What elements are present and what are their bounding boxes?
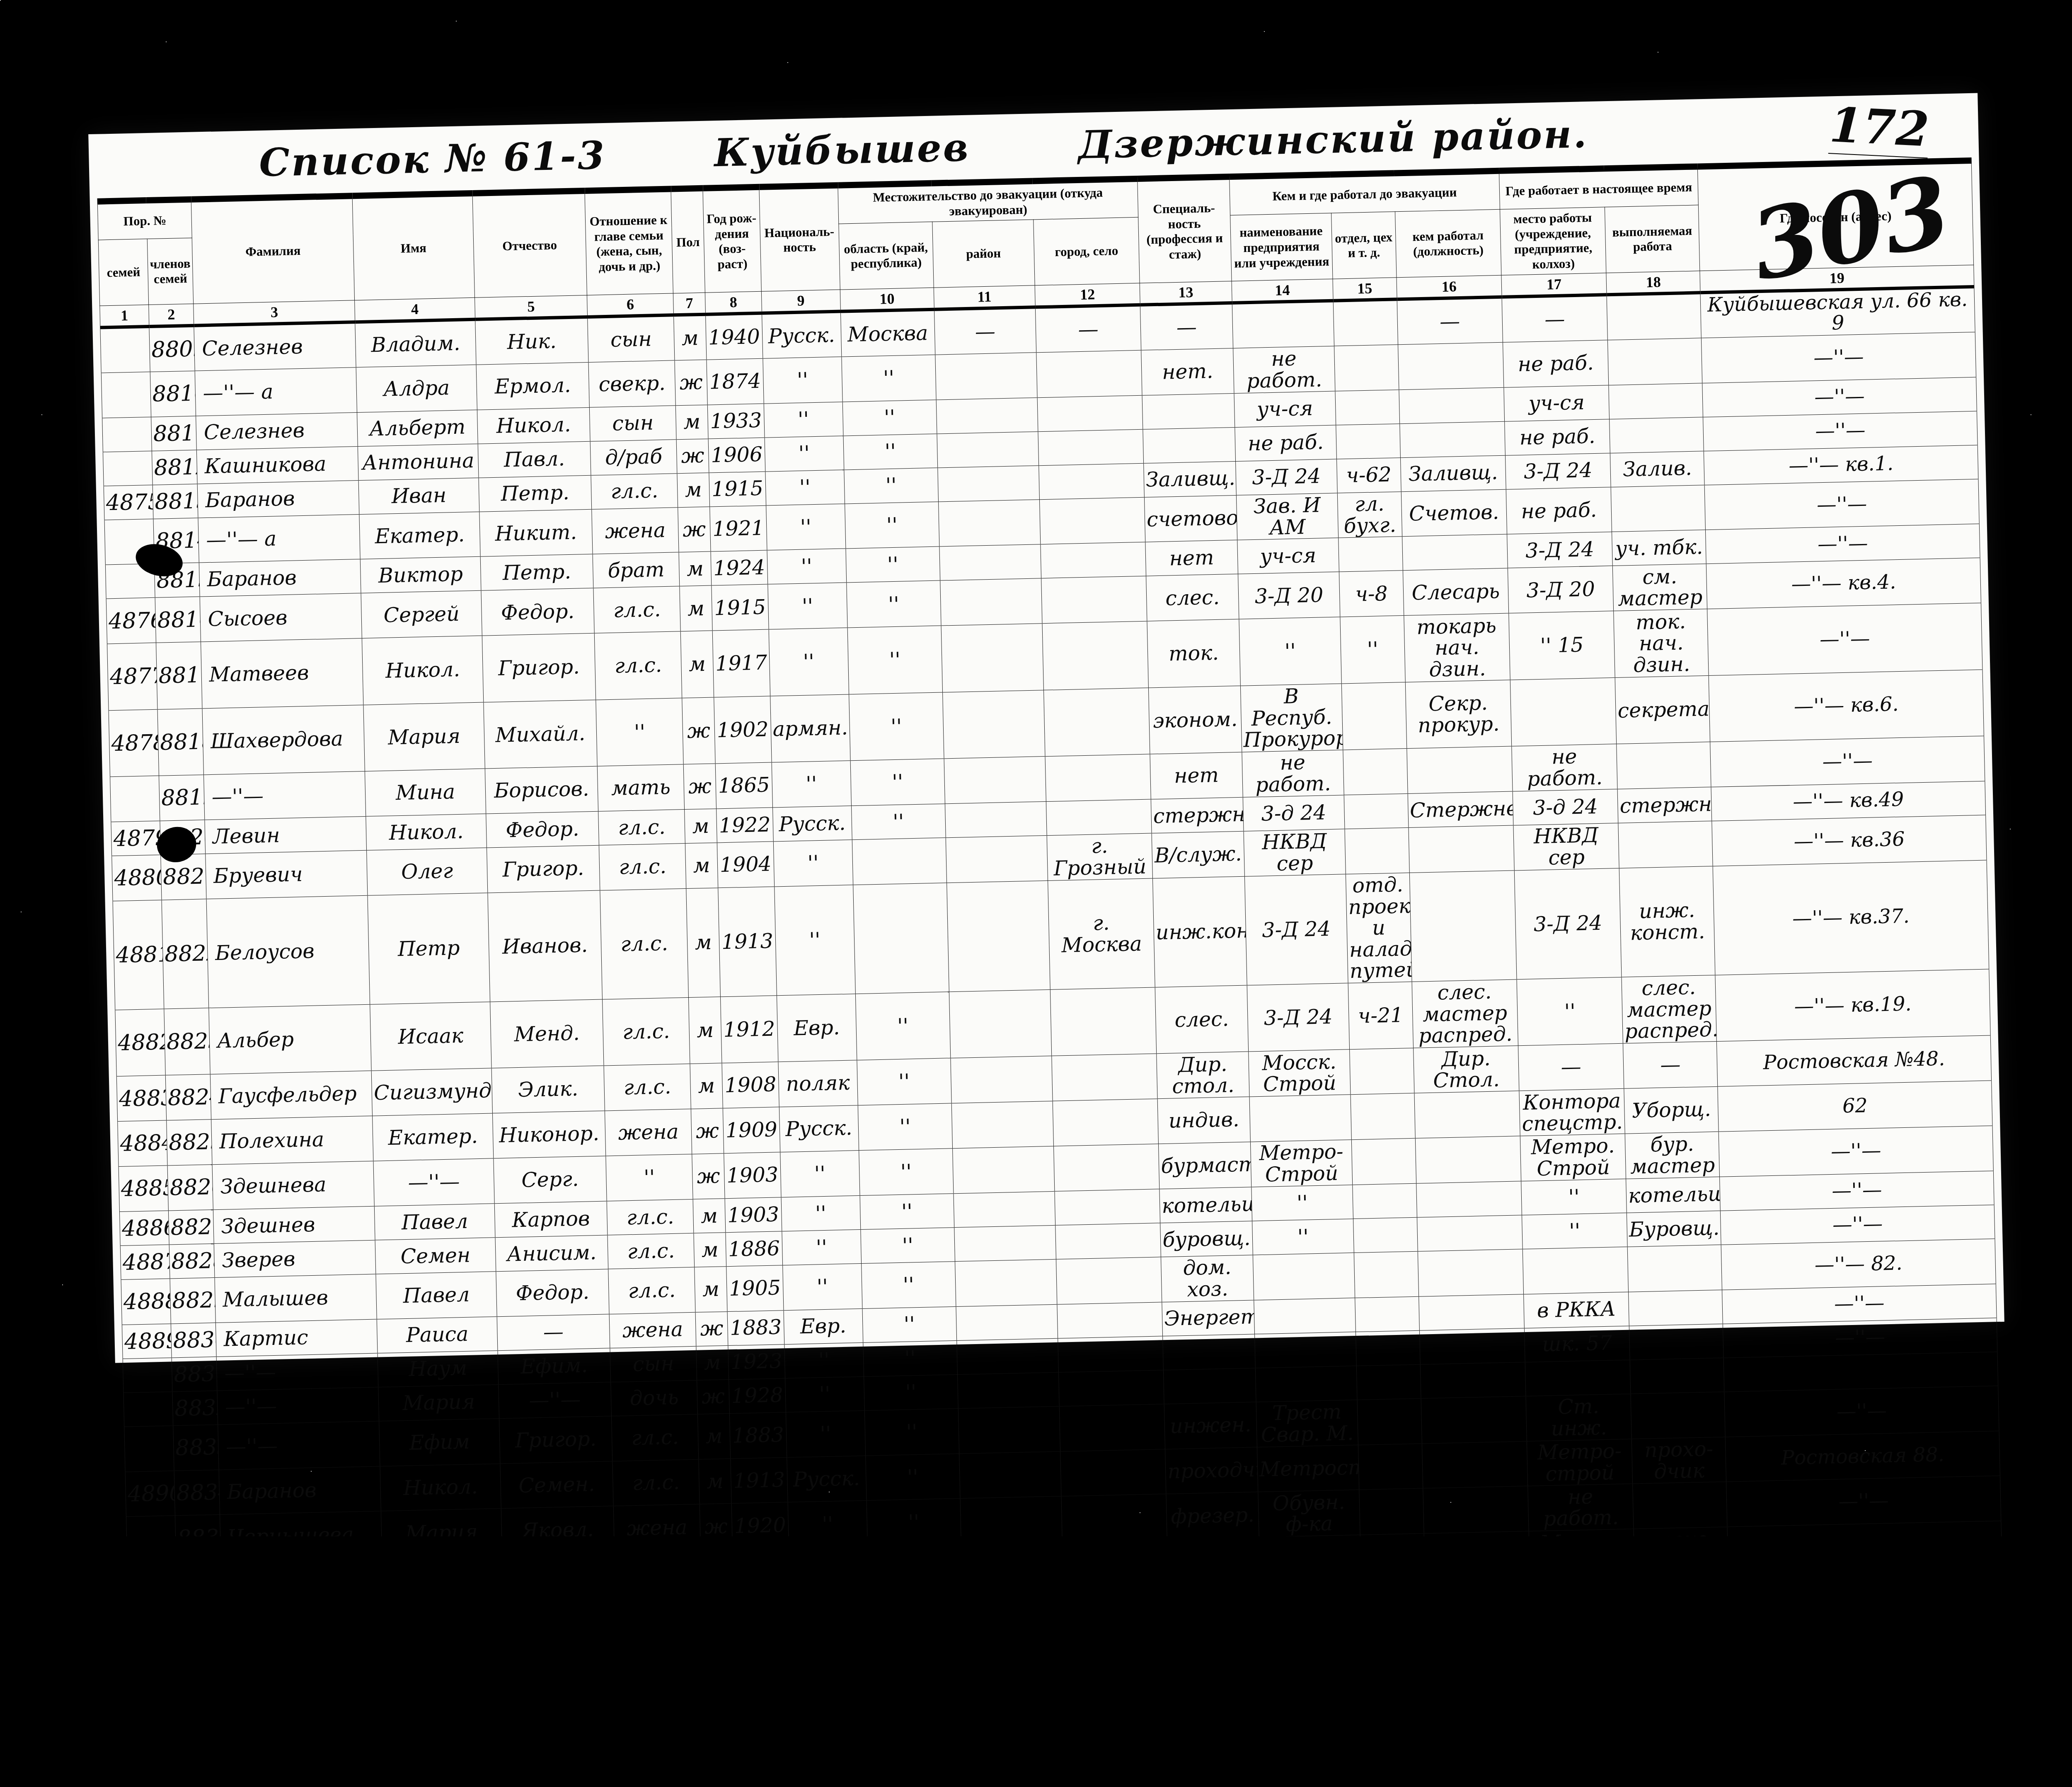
cell-org: уч-ся	[1237, 538, 1339, 574]
cell-org	[1232, 301, 1334, 348]
cell-surname: —''—	[204, 771, 366, 820]
cell-obl: Москва	[840, 310, 935, 357]
cell-patr: Менд.	[490, 999, 604, 1068]
cell-surname: —''—	[217, 1387, 379, 1424]
cell-f	[126, 1516, 176, 1536]
cell-rai	[954, 1191, 1055, 1227]
cell-surname: —''—	[218, 1421, 380, 1470]
cell-year: 1886	[726, 1231, 782, 1267]
header-birth-year: Год рож­дения (воз­раст)	[703, 187, 761, 293]
cell-nat: ''	[782, 1264, 862, 1311]
cell-org: 3-Д 20	[1238, 572, 1340, 619]
cell-m: 8813	[152, 484, 198, 519]
cell-m: 8830	[171, 1323, 216, 1358]
column-number: 14	[1232, 279, 1333, 303]
cell-rel: брат	[593, 553, 680, 589]
cell-patr: Ефим.	[498, 1348, 611, 1385]
cell-nat: ''	[788, 1501, 867, 1536]
cell-now_job: стержнев.	[1617, 787, 1712, 823]
cell-name: Никол.	[366, 814, 487, 850]
cell-f	[101, 372, 151, 418]
cell-name: Мария	[381, 1509, 502, 1536]
cell-dept	[1344, 794, 1409, 829]
cell-m: 8826	[167, 1165, 213, 1211]
cell-city	[1061, 1494, 1167, 1536]
cell-f	[100, 326, 150, 373]
cell-spec: индив.	[1157, 1097, 1250, 1144]
cell-now_job	[1629, 1324, 1723, 1360]
cell-f: 4885	[119, 1166, 168, 1211]
cell-now_org: не работ.	[1512, 744, 1618, 791]
cell-rai	[941, 624, 1044, 692]
cell-nat: Евр.	[777, 994, 857, 1062]
cell-year: 1915	[709, 472, 766, 507]
cell-m: 8811	[151, 416, 196, 451]
cell-year: 1913	[718, 887, 777, 997]
cell-nat: Русск.	[779, 1105, 859, 1152]
cell-name: Алдра	[356, 365, 477, 412]
cell-sex: ж	[697, 1380, 730, 1415]
cell-year: 1933	[707, 404, 764, 439]
column-number: 4	[355, 298, 475, 322]
cell-spec: счетовод	[1145, 495, 1237, 542]
cell-sex: м	[694, 1233, 726, 1267]
cell-name: Иван	[358, 478, 479, 514]
cell-m: 8829	[170, 1278, 216, 1324]
list-number: Список № 61-3	[259, 133, 606, 185]
cell-sex: ж	[700, 1504, 732, 1536]
cell-year: 1865	[715, 762, 772, 809]
cell-org: В Респуб. Прокурор	[1240, 684, 1343, 752]
cell-org: не раб.	[1235, 425, 1337, 461]
cell-name: Екатер.	[359, 512, 480, 559]
cell-dept	[1355, 1296, 1420, 1332]
cell-now_job: слес. мастер распред.	[1622, 975, 1717, 1044]
cell-org: НКВД сер	[1244, 829, 1346, 876]
cell-sex: м	[680, 631, 714, 698]
cell-patr: Федор.	[481, 588, 595, 636]
cell-nat: ''	[764, 402, 843, 438]
cell-rai	[939, 544, 1041, 580]
cell-nat: Русск.	[772, 806, 852, 842]
cell-name: Сигизмунд	[371, 1068, 492, 1116]
cell-city	[1058, 1370, 1164, 1407]
cell-name: Павел	[376, 1272, 497, 1319]
cell-nat: ''	[785, 1377, 864, 1412]
cell-spec	[1142, 393, 1234, 429]
cell-org: не работ.	[1242, 750, 1344, 797]
cell-spec: инжен.	[1164, 1402, 1257, 1449]
cell-addr: 62	[1718, 1081, 1992, 1132]
cell-f	[124, 1426, 174, 1472]
cell-obl: ''	[855, 992, 951, 1060]
cell-dept	[1350, 1048, 1414, 1095]
cell-spec: слес.	[1146, 574, 1239, 621]
cell-obl: ''	[849, 692, 944, 761]
cell-addr: —''—	[1704, 479, 1979, 530]
cell-nat: ''	[773, 840, 853, 887]
cell-sex: м	[690, 1063, 723, 1109]
cell-name: Ефим	[379, 1419, 500, 1466]
cell-now_org: —	[1518, 1044, 1624, 1091]
cell-addr: —''—	[1726, 1476, 2001, 1527]
cell-nat: Русск.	[762, 312, 841, 358]
cell-now_org: 3-Д 24	[1507, 532, 1613, 568]
cell-role: —	[1397, 297, 1503, 345]
cell-addr: Ростовская №48.	[1717, 1036, 1992, 1087]
cell-role	[1409, 871, 1517, 982]
cell-addr: —''— 82.	[1721, 1239, 1996, 1290]
cell-now_job: Залив.	[1610, 451, 1705, 487]
cell-year: 1904	[717, 842, 774, 888]
cell-m: 8819	[159, 775, 205, 821]
cell-nat: ''	[767, 583, 847, 630]
cell-year: 1924	[711, 551, 767, 586]
cell-addr: —''—	[1720, 1171, 1994, 1211]
scan-background: Список № 61-3 Куйбышев Дзержинский район…	[0, 0, 2072, 1536]
cell-city: —	[1035, 305, 1141, 353]
column-number: 13	[1140, 281, 1232, 305]
cell-patr: —''—	[498, 1382, 611, 1419]
cell-dept: ч-21	[1348, 982, 1413, 1050]
cell-f: 4884	[118, 1120, 167, 1166]
cell-f: 4887	[120, 1245, 169, 1280]
cell-org: 3-Д 24	[1244, 874, 1348, 985]
cell-nat: ''	[774, 885, 855, 996]
title-city: Куйбышев	[714, 125, 970, 175]
cell-rel: сын	[588, 315, 675, 363]
cell-patr: Петр.	[479, 475, 592, 512]
cell-role: Заливщ.	[1400, 455, 1506, 492]
cell-year: 1915	[712, 585, 769, 631]
cell-sex: ж	[676, 439, 709, 474]
cell-rel: гл.с.	[608, 1267, 695, 1314]
cell-obl: ''	[846, 547, 940, 583]
cell-surname: Зверев	[214, 1240, 376, 1277]
cell-year: 1883	[727, 1311, 784, 1346]
cell-spec: Заливщ.	[1144, 461, 1236, 497]
cell-rai	[952, 1146, 1055, 1194]
cell-surname: Малышев	[215, 1274, 377, 1323]
cell-rai	[935, 353, 1037, 400]
cell-city	[1053, 1099, 1159, 1146]
column-number: 7	[673, 293, 705, 315]
cell-role	[1418, 1294, 1524, 1331]
cell-patr: Федор.	[496, 1269, 609, 1317]
cell-rai	[958, 1406, 1060, 1453]
cell-org: ''	[1239, 617, 1342, 686]
cell-patr: Анисим.	[495, 1235, 608, 1272]
cell-org: уч-ся	[1234, 391, 1336, 427]
cell-rai	[957, 1372, 1059, 1408]
cell-patr: Никит.	[479, 509, 593, 557]
cell-name: Павел	[375, 1204, 495, 1240]
cell-m: 8835	[175, 1515, 221, 1536]
cell-city	[1046, 799, 1152, 836]
cell-sex: м	[679, 552, 712, 587]
cell-rel: сын	[589, 406, 676, 442]
cell-rai	[960, 1497, 1063, 1536]
cell-patr: Семен.	[500, 1461, 614, 1509]
title-district: Дзержинский район.	[1077, 111, 1588, 167]
header-name: Имя	[352, 193, 474, 301]
cell-role	[1419, 1328, 1525, 1365]
cell-spec: —	[1140, 303, 1233, 350]
cell-addr: —''—	[1710, 736, 1985, 787]
cell-now_org: —	[1502, 295, 1608, 343]
cell-addr: —''— кв.49	[1711, 781, 1985, 821]
cell-year: 1902	[714, 696, 772, 764]
cell-now_job: уч. тбк.	[1612, 530, 1706, 566]
cell-addr: —''—	[1702, 377, 1977, 417]
cell-surname: Баранов	[219, 1466, 381, 1515]
cell-now_org: шк. 57	[1524, 1326, 1630, 1362]
header-family-no: семей	[98, 239, 148, 306]
cell-role	[1409, 825, 1515, 873]
cell-m: 8824	[165, 1074, 211, 1120]
cell-city	[1058, 1336, 1164, 1373]
cell-m: 8823	[164, 1008, 211, 1076]
cell-obl: ''	[846, 581, 941, 628]
cell-city	[1059, 1404, 1165, 1451]
cell-f: 4890	[125, 1471, 175, 1517]
cell-addr	[1723, 1352, 1998, 1392]
cell-sex: м	[696, 1346, 729, 1381]
cell-dept	[1353, 1183, 1417, 1219]
cell-spec: эконом.	[1149, 686, 1242, 754]
cell-name: Виктор	[360, 557, 481, 593]
cell-city	[1036, 350, 1143, 397]
cell-rel: сын	[610, 1346, 697, 1382]
cell-org: 3-Д 24	[1247, 983, 1350, 1052]
cell-now_job: —	[1623, 1042, 1718, 1089]
cell-sex: ж	[683, 764, 716, 810]
cell-role	[1421, 1396, 1527, 1444]
cell-role	[1415, 1136, 1521, 1183]
cell-role	[1402, 534, 1508, 571]
header-group-works-now: Где работает в настоящее время	[1499, 167, 1698, 210]
cell-role	[1416, 1181, 1522, 1218]
header-oblast: область (край, республика)	[838, 222, 934, 290]
column-number: 17	[1501, 273, 1607, 297]
cell-obl: ''	[857, 1058, 951, 1105]
column-number: 15	[1333, 278, 1397, 301]
cell-surname: Здешнева	[212, 1161, 374, 1209]
cell-dept	[1356, 1330, 1420, 1366]
cell-city	[1052, 1054, 1158, 1101]
cell-rai	[946, 881, 1050, 992]
cell-rai	[942, 690, 1045, 759]
cell-role	[1398, 342, 1504, 389]
cell-now_org: НКВД сер	[1513, 823, 1619, 871]
cell-m: 8832	[172, 1391, 218, 1426]
cell-rai	[936, 398, 1038, 434]
cell-patr: Карпов	[494, 1201, 608, 1238]
document-page: Список № 61-3 Куйбышев Дзержинский район…	[88, 93, 2004, 1363]
cell-rai: —	[934, 307, 1036, 355]
cell-rel: ''	[596, 698, 683, 767]
cell-spec: стержневщ.	[1151, 797, 1243, 833]
cell-spec: нет.	[1141, 348, 1234, 395]
cell-now_org: Ст. инж.	[1526, 1394, 1632, 1441]
cell-surname: Левин	[205, 817, 367, 854]
cell-m: 8825	[166, 1120, 212, 1166]
cell-year: 1883	[729, 1412, 787, 1459]
cell-role: слес. мастер распред.	[1412, 979, 1518, 1048]
cell-spec	[1163, 1334, 1255, 1370]
cell-dept	[1333, 300, 1398, 346]
cell-obl: ''	[859, 1149, 953, 1196]
page-number: 172	[1828, 97, 1930, 158]
cell-name: Екатер.	[373, 1113, 494, 1161]
cell-now_org: в РККА	[1524, 1292, 1629, 1328]
cell-addr: —''—	[1707, 603, 1982, 676]
cell-role	[1399, 387, 1505, 424]
cell-name: Альберт	[357, 410, 478, 446]
cell-patr: Никонор.	[492, 1111, 606, 1158]
cell-city	[1042, 621, 1149, 690]
cell-role	[1422, 1441, 1528, 1489]
cell-now_org: не раб.	[1506, 487, 1612, 534]
column-number: 11	[934, 286, 1035, 310]
cell-obl: ''	[864, 1375, 958, 1411]
header-relation: Отношение к главе семьи (жена, сын, дочь…	[585, 189, 673, 295]
cell-name: Никол.	[380, 1464, 501, 1511]
cell-dept	[1356, 1364, 1421, 1400]
cell-now_job: инж. конст.	[1619, 866, 1715, 977]
cell-org: 3-д 24	[1243, 795, 1345, 831]
cell-dept: гл. бухг.	[1337, 492, 1402, 538]
cell-f: 4879	[111, 821, 160, 856]
header-group-serial: Пор. №	[97, 200, 192, 240]
cell-rel: гл.с.	[608, 1233, 695, 1270]
cell-rel: д/раб	[590, 440, 677, 476]
cell-sex: м	[680, 586, 712, 632]
cell-now_org: 3-Д 20	[1508, 566, 1614, 613]
cell-addr: —''— кв.36	[1712, 815, 1987, 866]
cell-year: 1923	[728, 1344, 785, 1380]
cell-role: Дир. Стол.	[1413, 1046, 1519, 1093]
cell-obl: ''	[850, 759, 945, 806]
header-patronymic: Отчество	[472, 191, 587, 298]
cell-sex: ж	[695, 1312, 728, 1347]
cell-rai	[945, 802, 1047, 838]
header-raion: район	[932, 220, 1035, 288]
cell-name: Мария	[363, 702, 485, 771]
cell-m: 8821	[160, 854, 206, 900]
column-number: 9	[761, 290, 840, 313]
cell-dept: ч-8	[1339, 571, 1404, 617]
cell-m: 8817	[156, 642, 202, 710]
cell-addr: —''— кв.1.	[1704, 445, 1978, 485]
cell-m: 8834	[174, 1470, 220, 1516]
cell-spec: Энергетинск.	[1162, 1300, 1254, 1336]
cell-org: Трест Свар. М.	[1256, 1400, 1358, 1447]
cell-rai	[946, 836, 1048, 883]
cell-nat: ''	[782, 1230, 861, 1265]
cell-rai	[938, 500, 1041, 547]
cell-nat: ''	[767, 549, 847, 585]
header-position: кем работал (должность)	[1395, 210, 1501, 278]
cell-surname: Сысоев	[200, 593, 362, 642]
cell-name: Олег	[367, 848, 488, 895]
cell-surname: —''—	[216, 1353, 378, 1390]
cell-nat: Русск.	[787, 1456, 866, 1502]
cell-now_job	[1611, 485, 1705, 532]
cell-rel: гл.с.	[604, 1064, 691, 1111]
cell-obl	[853, 883, 949, 994]
cell-dept	[1357, 1398, 1422, 1445]
cell-now_job	[1630, 1358, 1724, 1394]
cell-now_job	[1617, 742, 1711, 789]
cell-obl: ''	[858, 1103, 952, 1151]
cell-city	[1041, 542, 1146, 579]
cell-addr: —''— кв.6.	[1709, 670, 1984, 742]
cell-rel: гл.с.	[594, 631, 682, 700]
cell-name: Мина	[365, 769, 486, 816]
cell-city	[1039, 463, 1145, 500]
cell-spec: ток.	[1147, 619, 1240, 688]
cell-name: Наум	[378, 1351, 498, 1387]
cell-surname: Здешнев	[213, 1206, 375, 1243]
cell-f: 4876	[106, 598, 156, 644]
column-number: 10	[840, 288, 934, 312]
cell-rai	[955, 1259, 1057, 1306]
cell-surname: Бруевич	[206, 851, 368, 899]
cell-org: ''	[1251, 1185, 1353, 1221]
cell-now_job: см. мастер	[1612, 564, 1707, 611]
cell-sex: м	[675, 405, 708, 440]
header-city: город, село	[1034, 218, 1140, 286]
table-body: 8809СелезневВладим.Ник.сынм1940Русск.Мос…	[100, 287, 2003, 1536]
cell-now_job	[1627, 1245, 1722, 1292]
cell-year: 1874	[707, 358, 764, 405]
cell-patr: Ермол.	[476, 362, 590, 410]
cell-now_org: не работ.	[1528, 1484, 1634, 1531]
cell-patr: Григор.	[499, 1416, 612, 1464]
cell-patr: Борисов.	[485, 766, 598, 814]
cell-name: Никол.	[362, 636, 484, 705]
cell-now_job	[1608, 338, 1702, 385]
cell-spec: фрезер.	[1166, 1492, 1259, 1536]
cell-rai	[956, 1304, 1058, 1340]
cell-rel: гл.с.	[612, 1459, 700, 1506]
cell-m: 8822	[162, 899, 209, 1009]
column-number: 16	[1397, 276, 1502, 299]
cell-now_job	[1607, 293, 1701, 340]
cell-role	[1418, 1249, 1524, 1296]
cell-nat: ''	[765, 470, 845, 505]
cell-nat: ''	[772, 761, 851, 808]
cell-city: г. Москва	[1048, 878, 1155, 990]
cell-name: Мария	[378, 1385, 499, 1421]
column-number: 6	[587, 294, 674, 317]
cell-dept	[1359, 1489, 1424, 1535]
evacuation-register-table: Пор. № Фамилия Имя Отчество Отношение к …	[97, 157, 2003, 1536]
cell-now_job	[1610, 417, 1704, 453]
cell-m: 8818	[157, 709, 204, 776]
header-work-place-now: место работы (учреждение, предприятие, к…	[1500, 207, 1606, 276]
cell-city	[1045, 754, 1151, 801]
cell-m: 8809	[149, 326, 195, 372]
column-number: 18	[1606, 271, 1700, 295]
cell-dept	[1345, 828, 1409, 874]
header-surname: Фамилия	[191, 196, 355, 304]
cell-rel: гл.с.	[612, 1414, 699, 1461]
cell-obl: ''	[862, 1307, 957, 1343]
cell-year: 1921	[710, 505, 767, 552]
cell-patr: Петр.	[480, 554, 593, 591]
